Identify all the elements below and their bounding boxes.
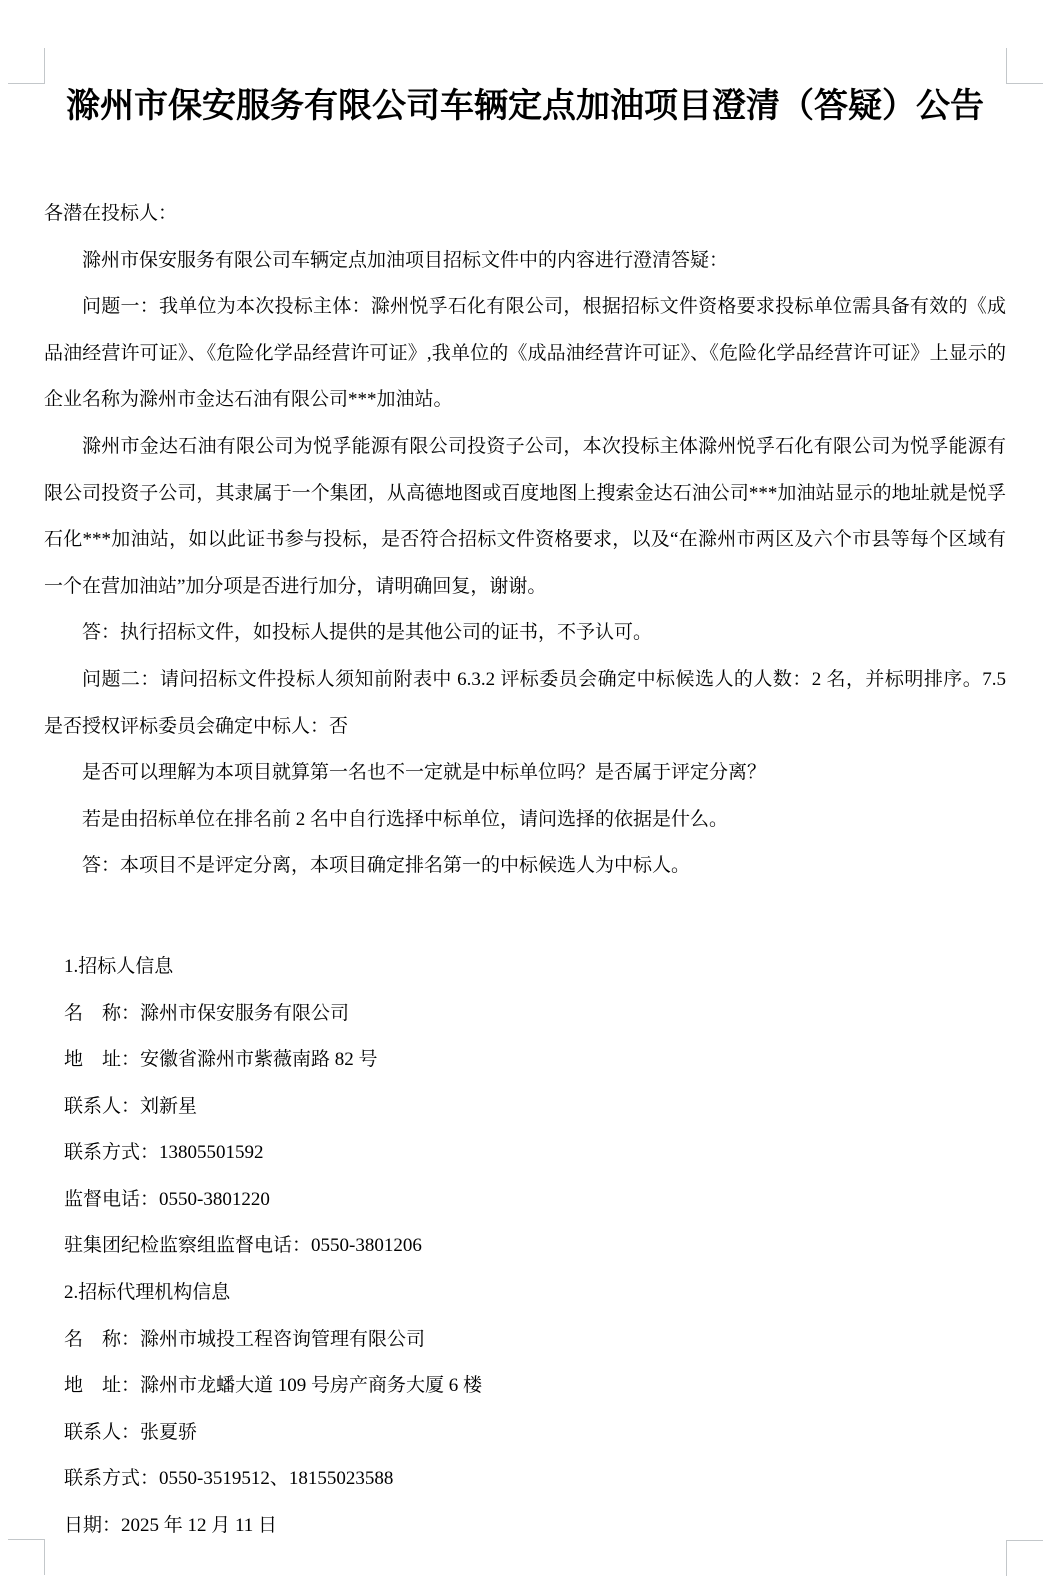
tenderer-supervise-phone: 监督电话：0550-3801220 — [44, 1177, 1006, 1224]
agency-contact: 联系人：张夏骄 — [44, 1410, 1006, 1457]
tenderer-heading: 1.招标人信息 — [44, 944, 1006, 991]
question-1: 问题一：我单位为本次投标主体：滁州悦孚石化有限公司，根据招标文件资格要求投标单位… — [44, 284, 1006, 424]
tenderer-name: 名 称：滁州市保安服务有限公司 — [44, 991, 1006, 1038]
page-title: 滁州市保安服务有限公司车辆定点加油项目澄清（答疑）公告 — [44, 83, 1006, 131]
document-page: 滁州市保安服务有限公司车辆定点加油项目澄清（答疑）公告 各潜在投标人： 滁州市保… — [0, 0, 1051, 1592]
intro-line: 滁州市保安服务有限公司车辆定点加油项目招标文件中的内容进行澄清答疑： — [44, 238, 1006, 285]
blank-spacer — [44, 890, 1006, 944]
margin-mark-top-left-icon — [8, 48, 45, 84]
agency-phone: 联系方式：0550-3519512、18155023588 — [44, 1456, 1006, 1503]
answer-2: 答：本项目不是评定分离，本项目确定排名第一的中标候选人为中标人。 — [44, 843, 1006, 890]
tenderer-contact: 联系人：刘新星 — [44, 1084, 1006, 1131]
salutation: 各潜在投标人： — [44, 191, 1006, 238]
agency-address: 地 址：滁州市龙蟠大道 109 号房产商务大厦 6 楼 — [44, 1363, 1006, 1410]
agency-name: 名 称：滁州市城投工程咨询管理有限公司 — [44, 1317, 1006, 1364]
document-body: 滁州市保安服务有限公司车辆定点加油项目澄清（答疑）公告 各潜在投标人： 滁州市保… — [44, 83, 1006, 1550]
question-1-supplement: 滁州市金达石油有限公司为悦孚能源有限公司投资子公司，本次投标主体滁州悦孚石化有限… — [44, 424, 1006, 610]
question-2-supplement-2: 若是由招标单位在排名前 2 名中自行选择中标单位，请问选择的依据是什么。 — [44, 797, 1006, 844]
answer-1: 答：执行招标文件，如投标人提供的是其他公司的证书，不予认可。 — [44, 610, 1006, 657]
question-2-supplement-1: 是否可以理解为本项目就算第一名也不一定就是中标单位吗？是否属于评定分离？ — [44, 750, 1006, 797]
tenderer-address: 地 址：安徽省滁州市紫薇南路 82 号 — [44, 1037, 1006, 1084]
question-2: 问题二：请问招标文件投标人须知前附表中 6.3.2 评标委员会确定中标候选人的人… — [44, 657, 1006, 750]
announcement-date: 日期：2025 年 12 月 11 日 — [44, 1503, 1006, 1550]
margin-mark-bottom-right-icon — [1006, 1540, 1043, 1576]
margin-mark-bottom-left-icon — [8, 1539, 45, 1575]
margin-mark-top-right-icon — [1006, 48, 1043, 84]
tenderer-phone: 联系方式：13805501592 — [44, 1130, 1006, 1177]
agency-heading: 2.招标代理机构信息 — [44, 1270, 1006, 1317]
tenderer-discipline-phone: 驻集团纪检监察组监督电话：0550-3801206 — [44, 1223, 1006, 1270]
